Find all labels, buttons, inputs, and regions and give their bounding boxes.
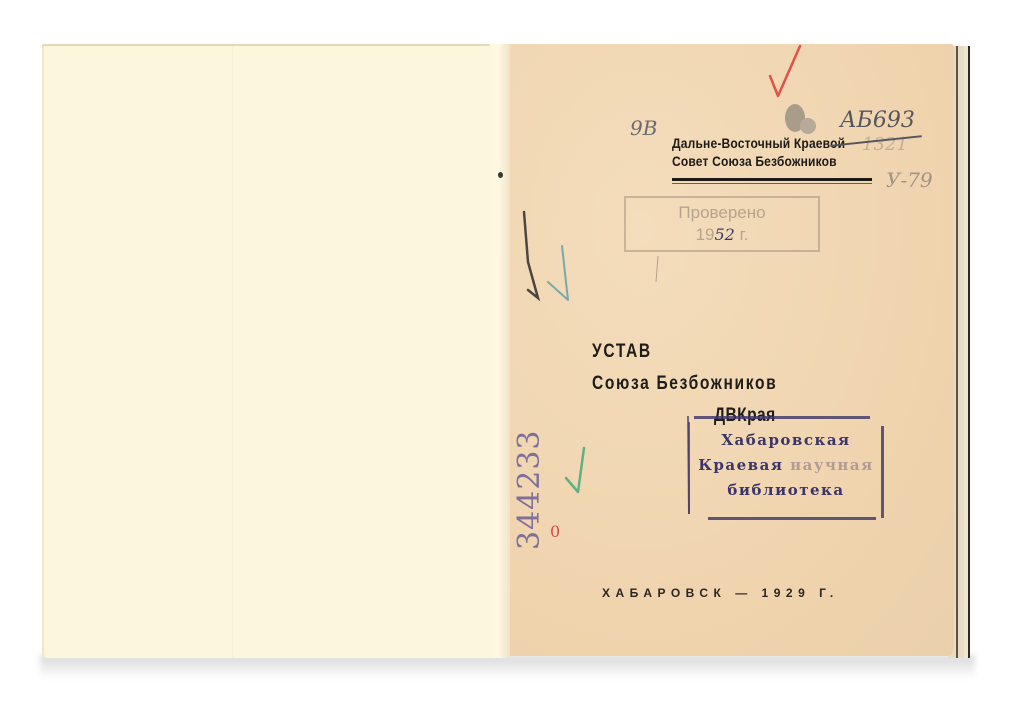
handwritten-shelf-code: АБ693 [840,108,915,133]
imprint-place-year: ХАБАРОВСК — 1929 Г. [602,586,839,600]
red-zero-mark: 0 [550,522,560,541]
checked-stamp-year-handwritten: 52 [714,225,734,244]
checked-stamp-year: 1952 г. [626,224,818,246]
handwritten-mark: 9В [630,116,657,140]
library-stamp-line-2: Краевая научная [688,453,884,478]
left-page-blank [42,44,504,658]
checked-stamp-word: Проверено [626,202,818,224]
document-title: УСТАВ [592,340,652,364]
document-subtitle: Союза Безбожников [592,372,777,396]
library-stamp-line-3: библиотека [688,478,884,503]
publisher-line-1: Дальне-Восточный Краевой [672,134,845,152]
header-rule [672,178,872,181]
handwritten-call-mark: У-79 [886,168,933,192]
publisher-heading: Дальне-Восточный Краевой Совет Союза Без… [672,134,845,170]
page-shadow [40,655,975,679]
staple-hole [498,172,503,178]
handwritten-faint-code: 1321 [862,134,908,155]
inventory-number-stamp: 344233 [512,429,547,550]
page-fold-line [232,44,234,658]
library-stamp: Хабаровская Краевая научная библиотека [688,416,884,524]
publisher-line-2: Совет Союза Безбожников [672,152,845,170]
library-stamp-line-1: Хабаровская [688,428,884,453]
header-rule-thin [672,183,872,184]
checked-stamp: Проверено 1952 г. [624,196,820,252]
title-page: Дальне-Восточный Краевой Совет Союза Без… [508,44,954,656]
book-gutter [490,44,510,658]
